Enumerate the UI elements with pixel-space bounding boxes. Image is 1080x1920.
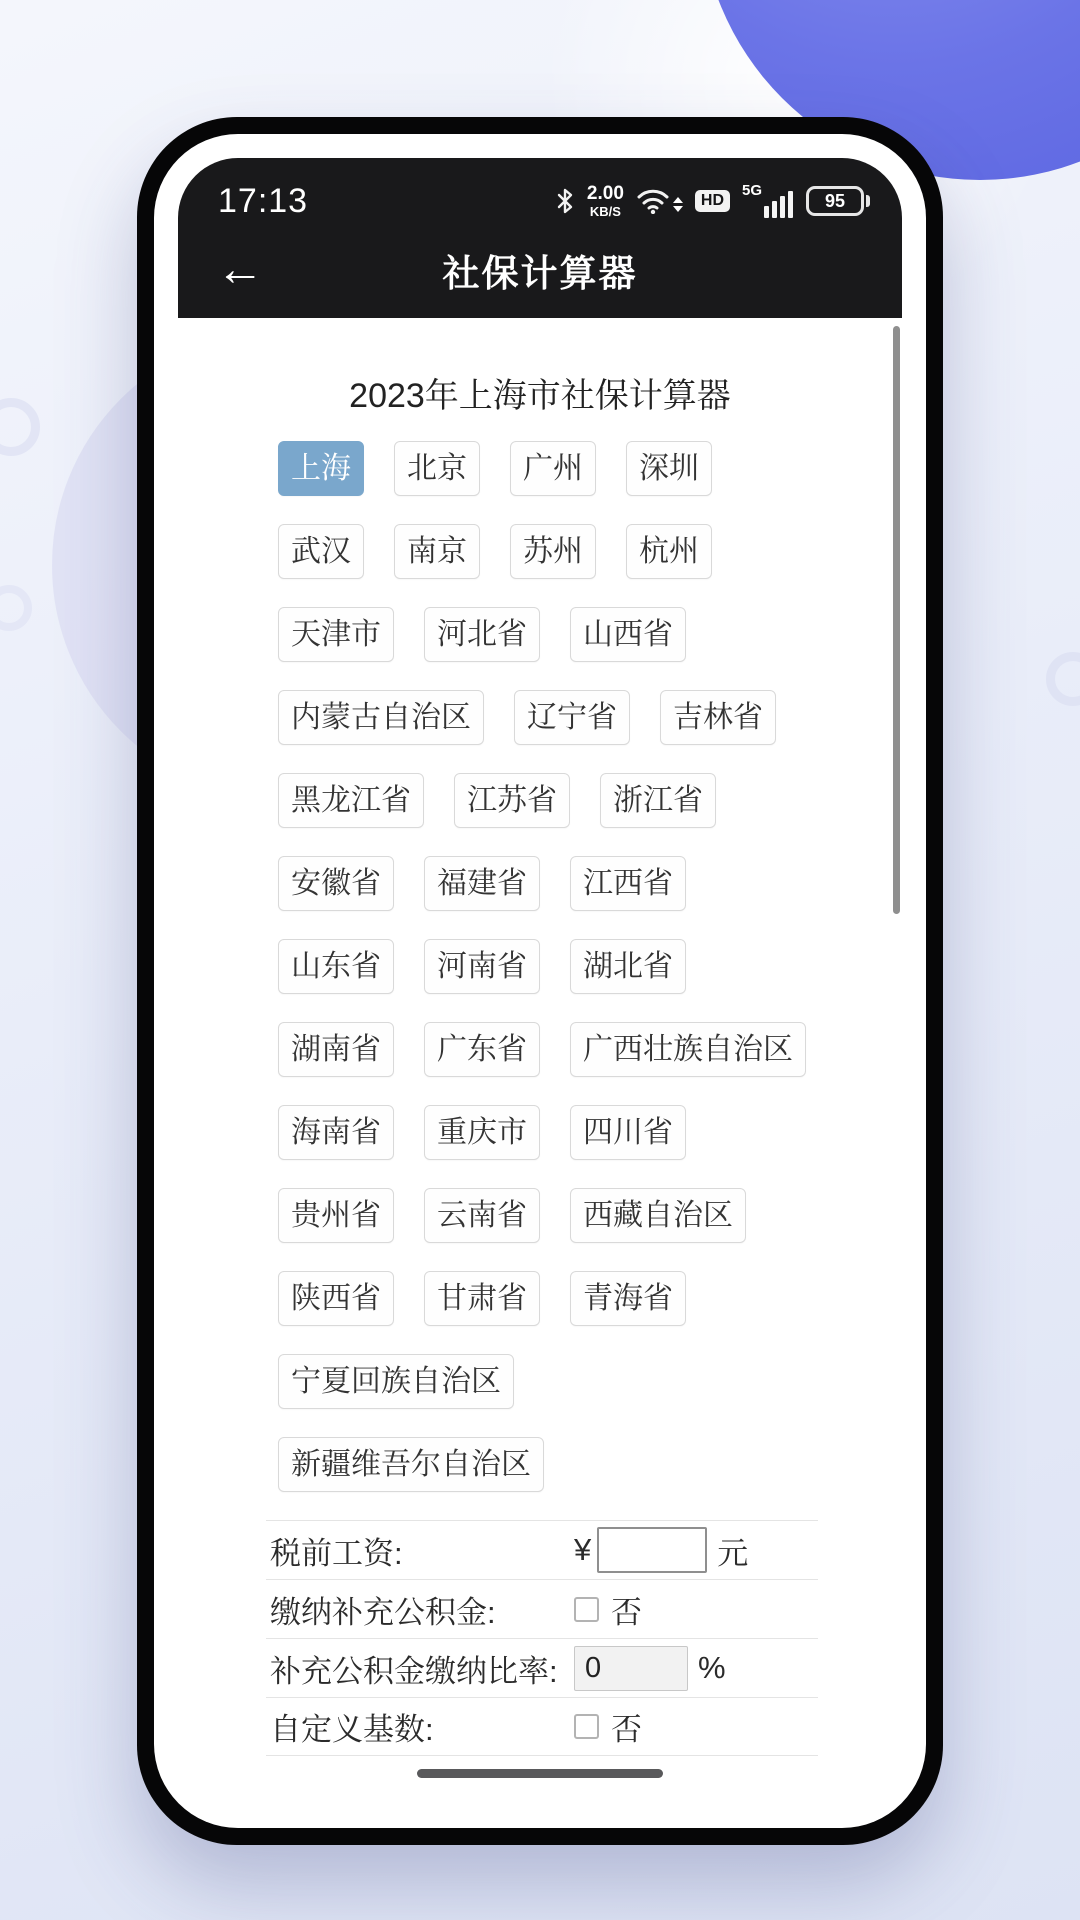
region-button[interactable]: 青海省 <box>570 1271 686 1326</box>
supplementary-fund-checkbox[interactable] <box>574 1597 599 1622</box>
calculator-title: 2023年上海市社保计算器 <box>178 318 902 417</box>
background-small-ring <box>1046 652 1080 706</box>
region-button[interactable]: 深圳 <box>626 441 712 496</box>
scrollbar[interactable] <box>893 326 900 914</box>
wifi-icon <box>636 188 683 214</box>
salary-label: 税前工资: <box>266 1528 574 1573</box>
calculator-form: 税前工资: ¥ 元 缴纳补充公积金: 否 <box>266 1520 818 1756</box>
region-row: 安徽省福建省江西省 <box>178 856 902 911</box>
status-time: 17:13 <box>218 182 308 221</box>
back-button[interactable]: ← <box>216 246 264 294</box>
app-header: 17:13 2.00 KB/S <box>178 158 902 318</box>
network-speed: 2.00 KB/S <box>587 184 624 218</box>
supplementary-fund-label: 缴纳补充公积金: <box>266 1587 574 1632</box>
phone-screen: 17:13 2.00 KB/S <box>178 158 902 1804</box>
region-row: 武汉南京苏州杭州 <box>178 524 902 579</box>
region-button[interactable]: 辽宁省 <box>514 690 630 745</box>
supplementary-fund-control: 否 <box>574 1587 642 1632</box>
region-row: 湖南省广东省广西壮族自治区 <box>178 1022 902 1077</box>
calculator-content: 2023年上海市社保计算器 上海北京广州深圳武汉南京苏州杭州天津市河北省山西省内… <box>178 318 902 1804</box>
status-bar: 17:13 2.00 KB/S <box>178 180 902 222</box>
custom-base-control: 否 <box>574 1704 642 1749</box>
salary-input[interactable] <box>597 1527 707 1573</box>
region-button[interactable]: 北京 <box>394 441 480 496</box>
region-button[interactable]: 广东省 <box>424 1022 540 1077</box>
region-button[interactable]: 甘肃省 <box>424 1271 540 1326</box>
battery-percent: 95 <box>806 186 864 216</box>
region-button[interactable]: 安徽省 <box>278 856 394 911</box>
region-row: 内蒙古自治区辽宁省吉林省 <box>178 690 902 745</box>
custom-base-label: 自定义基数: <box>266 1704 574 1749</box>
background-small-ring <box>0 398 40 456</box>
custom-base-checkbox-label: 否 <box>611 1704 642 1749</box>
region-row: 山东省河南省湖北省 <box>178 939 902 994</box>
region-button[interactable]: 武汉 <box>278 524 364 579</box>
salary-unit: 元 <box>717 1528 748 1573</box>
background-small-ring <box>0 585 32 631</box>
region-row: 贵州省云南省西藏自治区 <box>178 1188 902 1243</box>
region-button[interactable]: 广西壮族自治区 <box>570 1022 806 1077</box>
fund-ratio-input[interactable] <box>574 1646 688 1691</box>
region-button[interactable]: 宁夏回族自治区 <box>278 1354 514 1409</box>
region-button[interactable]: 河北省 <box>424 607 540 662</box>
nav-bar: ← 社保计算器 <box>178 222 902 318</box>
network-speed-value: 2.00 <box>587 184 624 203</box>
region-button[interactable]: 重庆市 <box>424 1105 540 1160</box>
supplementary-fund-checkbox-label: 否 <box>611 1587 642 1632</box>
form-row-supplementary-fund: 缴纳补充公积金: 否 <box>266 1579 818 1638</box>
region-button[interactable]: 天津市 <box>278 607 394 662</box>
page-title: 社保计算器 <box>178 243 902 297</box>
region-button[interactable]: 江西省 <box>570 856 686 911</box>
region-button[interactable]: 西藏自治区 <box>570 1188 746 1243</box>
battery-icon: 95 <box>806 186 870 216</box>
home-indicator[interactable] <box>417 1769 663 1778</box>
region-button[interactable]: 福建省 <box>424 856 540 911</box>
region-row: 黑龙江省江苏省浙江省 <box>178 773 902 828</box>
signal-type-label: 5G <box>742 183 762 198</box>
region-row: 上海北京广州深圳 <box>178 441 902 496</box>
region-row: 海南省重庆市四川省 <box>178 1105 902 1160</box>
phone-bezel: 17:13 2.00 KB/S <box>154 134 926 1828</box>
region-button[interactable]: 海南省 <box>278 1105 394 1160</box>
region-button[interactable]: 湖北省 <box>570 939 686 994</box>
hd-icon: HD <box>695 190 730 212</box>
form-row-custom-base: 自定义基数: 否 <box>266 1697 818 1756</box>
bluetooth-icon <box>555 187 575 215</box>
currency-symbol: ¥ <box>574 1532 591 1568</box>
region-button[interactable]: 四川省 <box>570 1105 686 1160</box>
region-button[interactable]: 上海 <box>278 441 364 496</box>
region-button-grid: 上海北京广州深圳武汉南京苏州杭州天津市河北省山西省内蒙古自治区辽宁省吉林省黑龙江… <box>178 441 902 1492</box>
region-button[interactable]: 南京 <box>394 524 480 579</box>
region-button[interactable]: 河南省 <box>424 939 540 994</box>
region-button[interactable]: 新疆维吾尔自治区 <box>278 1437 544 1492</box>
region-button[interactable]: 山东省 <box>278 939 394 994</box>
region-button[interactable]: 苏州 <box>510 524 596 579</box>
fund-ratio-control: % <box>574 1646 726 1691</box>
region-button[interactable]: 贵州省 <box>278 1188 394 1243</box>
region-button[interactable]: 内蒙古自治区 <box>278 690 484 745</box>
salary-control: ¥ 元 <box>574 1527 748 1573</box>
region-button[interactable]: 湖南省 <box>278 1022 394 1077</box>
status-icons: 2.00 KB/S <box>555 183 870 219</box>
region-button[interactable]: 广州 <box>510 441 596 496</box>
custom-base-checkbox[interactable] <box>574 1714 599 1739</box>
battery-tip <box>866 195 870 207</box>
region-row: 陕西省甘肃省青海省 <box>178 1271 902 1326</box>
network-speed-unit: KB/S <box>590 205 621 218</box>
region-button[interactable]: 黑龙江省 <box>278 773 424 828</box>
region-button[interactable]: 山西省 <box>570 607 686 662</box>
region-row: 宁夏回族自治区 <box>178 1354 902 1409</box>
region-button[interactable]: 浙江省 <box>600 773 716 828</box>
phone-frame: 17:13 2.00 KB/S <box>137 117 943 1845</box>
region-button[interactable]: 江苏省 <box>454 773 570 828</box>
region-button[interactable]: 吉林省 <box>660 690 776 745</box>
region-button[interactable]: 杭州 <box>626 524 712 579</box>
region-button[interactable]: 陕西省 <box>278 1271 394 1326</box>
signal-bars-icon <box>764 191 793 218</box>
fund-ratio-label: 补充公积金缴纳比率: <box>266 1646 574 1691</box>
region-row: 新疆维吾尔自治区 <box>178 1437 902 1492</box>
form-row-fund-ratio: 补充公积金缴纳比率: % <box>266 1638 818 1697</box>
fund-ratio-unit: % <box>698 1650 726 1686</box>
region-button[interactable]: 云南省 <box>424 1188 540 1243</box>
network-arrows-icon <box>673 197 683 212</box>
cellular-signal-icon: 5G <box>742 183 794 219</box>
form-row-salary: 税前工资: ¥ 元 <box>266 1520 818 1579</box>
region-row: 天津市河北省山西省 <box>178 607 902 662</box>
